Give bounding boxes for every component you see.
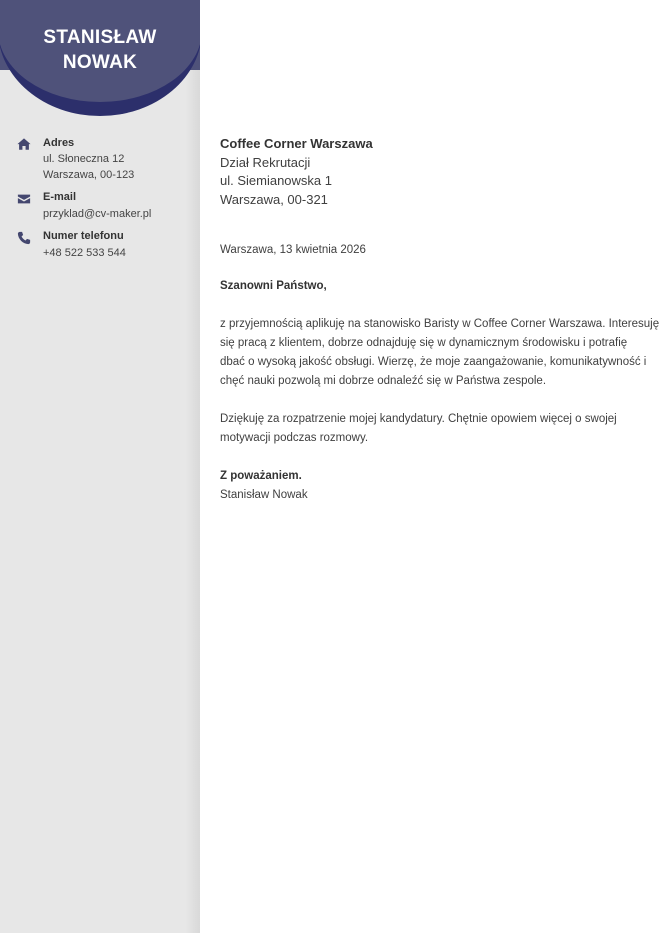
name-header: STANISŁAW NOWAK bbox=[0, 0, 200, 118]
home-icon bbox=[17, 137, 31, 151]
paragraph-line: się pracą z klientem, dobrze odnajduję s… bbox=[220, 334, 645, 353]
address-line-2: Warszawa, 00-123 bbox=[43, 167, 134, 183]
sender-last-name: NOWAK bbox=[0, 50, 200, 75]
paragraph-line: motywacji podczas rozmowy. bbox=[220, 429, 645, 448]
contact-label: Adres bbox=[43, 137, 74, 149]
letter-closing: Z poważaniem. bbox=[220, 468, 302, 484]
email-value[interactable]: przyklad@cv-maker.pl bbox=[43, 206, 151, 222]
recipient-company: Coffee Corner Warszawa bbox=[220, 135, 373, 154]
address-line-1: ul. Słoneczna 12 bbox=[43, 151, 124, 167]
phone-value[interactable]: +48 522 533 544 bbox=[43, 245, 126, 261]
phone-icon bbox=[17, 231, 31, 245]
sender-name: STANISŁAW NOWAK bbox=[0, 25, 200, 75]
recipient-address: Coffee Corner Warszawa Dział Rekrutacji … bbox=[220, 135, 373, 209]
contact-label: E-mail bbox=[43, 191, 76, 203]
letter-greeting: Szanowni Państwo, bbox=[220, 278, 327, 294]
letter-date: Warszawa, 13 kwietnia 2026 bbox=[220, 242, 366, 258]
recipient-street: ul. Siemianowska 1 bbox=[220, 172, 373, 191]
paragraph-line: Dziękuję za rozpatrzenie mojej kandydatu… bbox=[220, 410, 645, 429]
paragraph-line: z przyjemnością aplikuję na stanowisko B… bbox=[220, 315, 645, 334]
letter-paragraph-2: Dziękuję za rozpatrzenie mojej kandydatu… bbox=[220, 410, 645, 448]
recipient-department: Dział Rekrutacji bbox=[220, 154, 373, 173]
sender-first-name: STANISŁAW bbox=[0, 25, 200, 50]
letter-paragraph-1: z przyjemnością aplikuję na stanowisko B… bbox=[220, 315, 645, 391]
envelope-icon bbox=[17, 192, 31, 206]
paragraph-line: chęć nauki pozwolą mi dobrze odnaleźć si… bbox=[220, 372, 645, 391]
recipient-city: Warszawa, 00-321 bbox=[220, 191, 373, 210]
contact-label: Numer telefonu bbox=[43, 230, 124, 242]
sidebar: STANISŁAW NOWAK Adres ul. Słoneczna 12 W… bbox=[0, 0, 200, 933]
paragraph-line: dbać o wysoką jakość obsługi. Wierzę, że… bbox=[220, 353, 645, 372]
letter-signature: Stanisław Nowak bbox=[220, 487, 308, 503]
